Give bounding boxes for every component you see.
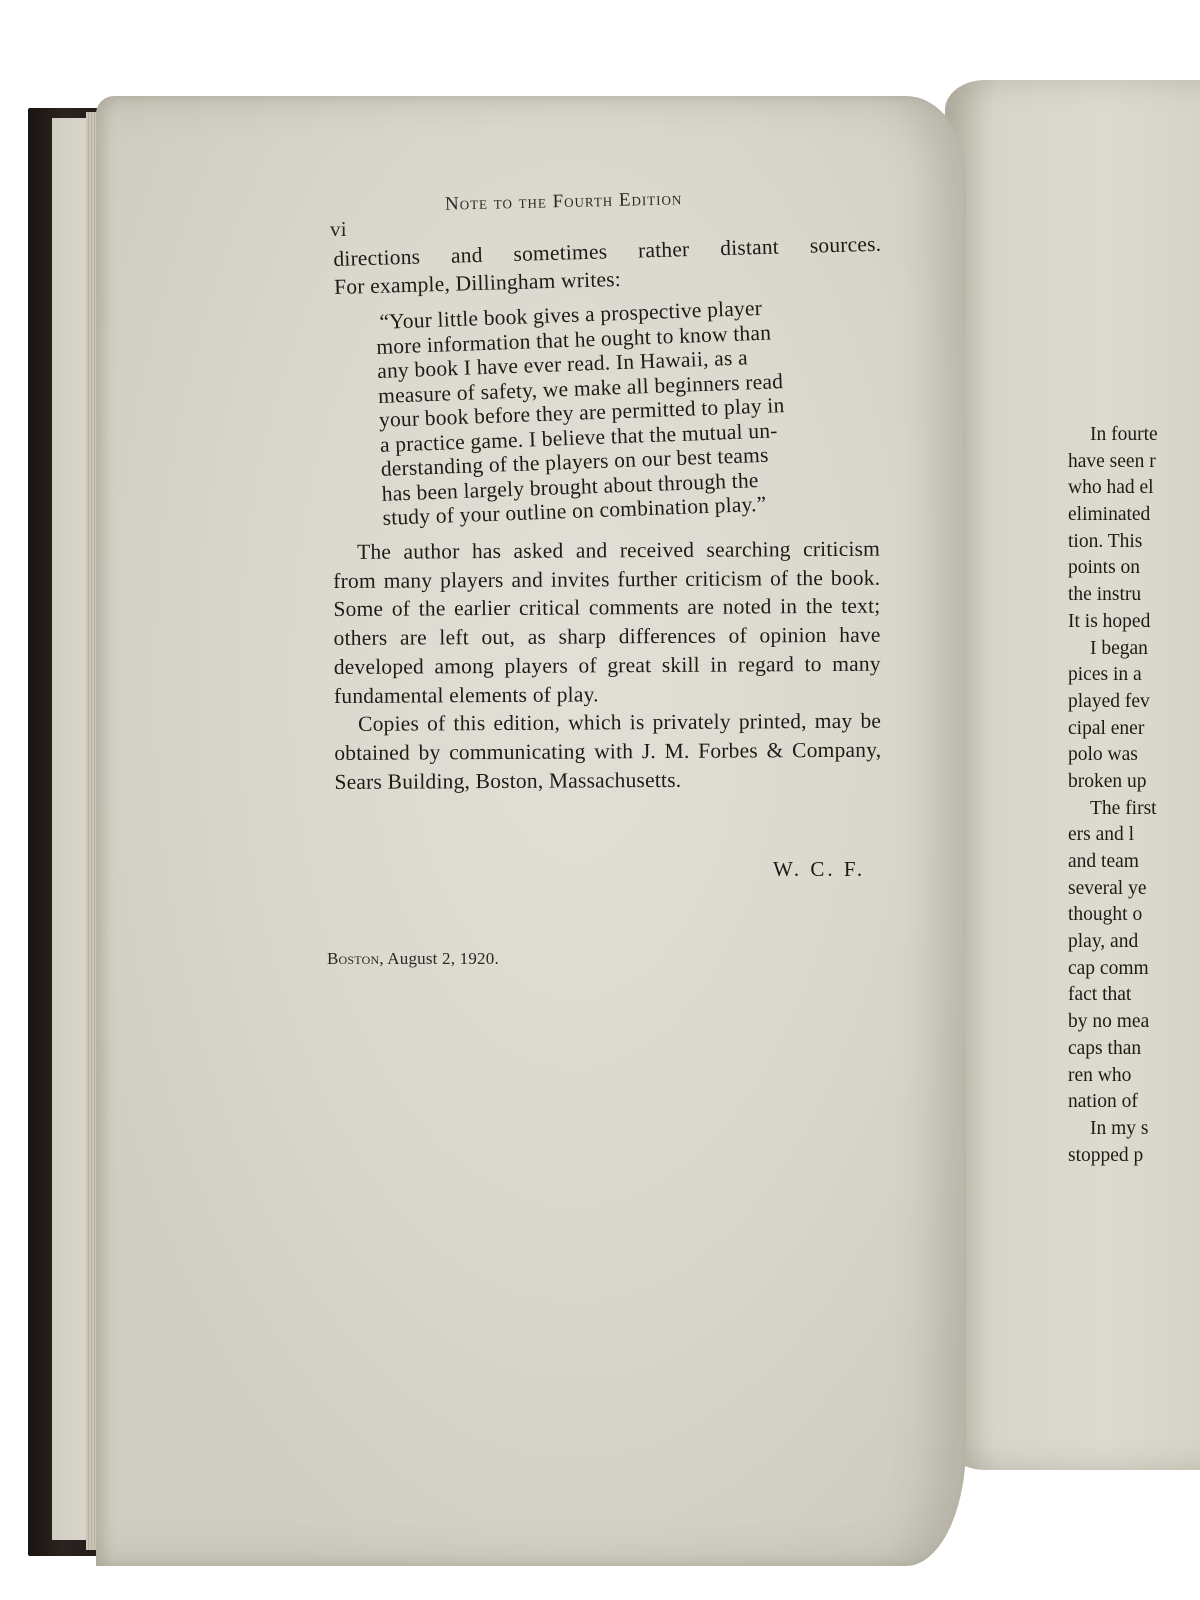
right-page-line: In my s	[1068, 1116, 1200, 1143]
right-page-line: pices in a	[1068, 662, 1200, 689]
right-page-line: fact that	[1068, 982, 1200, 1009]
paragraph-criticism: The author has asked and received search…	[333, 535, 881, 711]
right-page-line: cipal ener	[1068, 716, 1200, 743]
right-page-line: ren who	[1068, 1063, 1200, 1090]
dateline: Boston, August 2, 1920.	[327, 945, 499, 973]
right-page-line: by no mea	[1068, 1009, 1200, 1036]
dateline-place: Boston	[327, 949, 379, 968]
right-page-line: points on	[1068, 555, 1200, 582]
right-page-text: In fourtehave seen rwho had eleliminated…	[1068, 422, 1200, 1169]
right-page-line: broken up	[1068, 769, 1200, 796]
right-page-line: caps than	[1068, 1036, 1200, 1063]
right-page-line: stopped p	[1068, 1143, 1200, 1170]
right-page-line: The first	[1068, 796, 1200, 823]
right-page-line: polo was	[1068, 742, 1200, 769]
right-page-line: In fourte	[1068, 422, 1200, 449]
dillingham-quote: “Your little book gives a prospective pl…	[375, 292, 886, 531]
right-page-line: who had el	[1068, 475, 1200, 502]
running-head: Note to the Fourth Edition	[445, 185, 683, 218]
right-page-line: ers and l	[1068, 822, 1200, 849]
right-page-line: several ye	[1068, 876, 1200, 903]
right-page-line: and team	[1068, 849, 1200, 876]
page-number: vi	[330, 215, 347, 243]
body-paragraphs: The author has asked and received search…	[333, 535, 882, 797]
right-page-line: tion. This	[1068, 529, 1200, 556]
right-page-line: have seen r	[1068, 449, 1200, 476]
right-page-line: the instru	[1068, 582, 1200, 609]
dateline-date: , August 2, 1920.	[379, 949, 499, 968]
right-page-line: nation of	[1068, 1089, 1200, 1116]
right-page-line: thought o	[1068, 902, 1200, 929]
right-page-line: play, and	[1068, 929, 1200, 956]
right-page-line: I began	[1068, 636, 1200, 663]
paragraph-copies: Copies of this edition, which is private…	[334, 707, 882, 796]
right-page-line: played fev	[1068, 689, 1200, 716]
right-page-line: cap comm	[1068, 956, 1200, 983]
right-page-line: It is hoped	[1068, 609, 1200, 636]
author-initials: W. C. F.	[773, 855, 865, 883]
right-page-line: eliminated	[1068, 502, 1200, 529]
